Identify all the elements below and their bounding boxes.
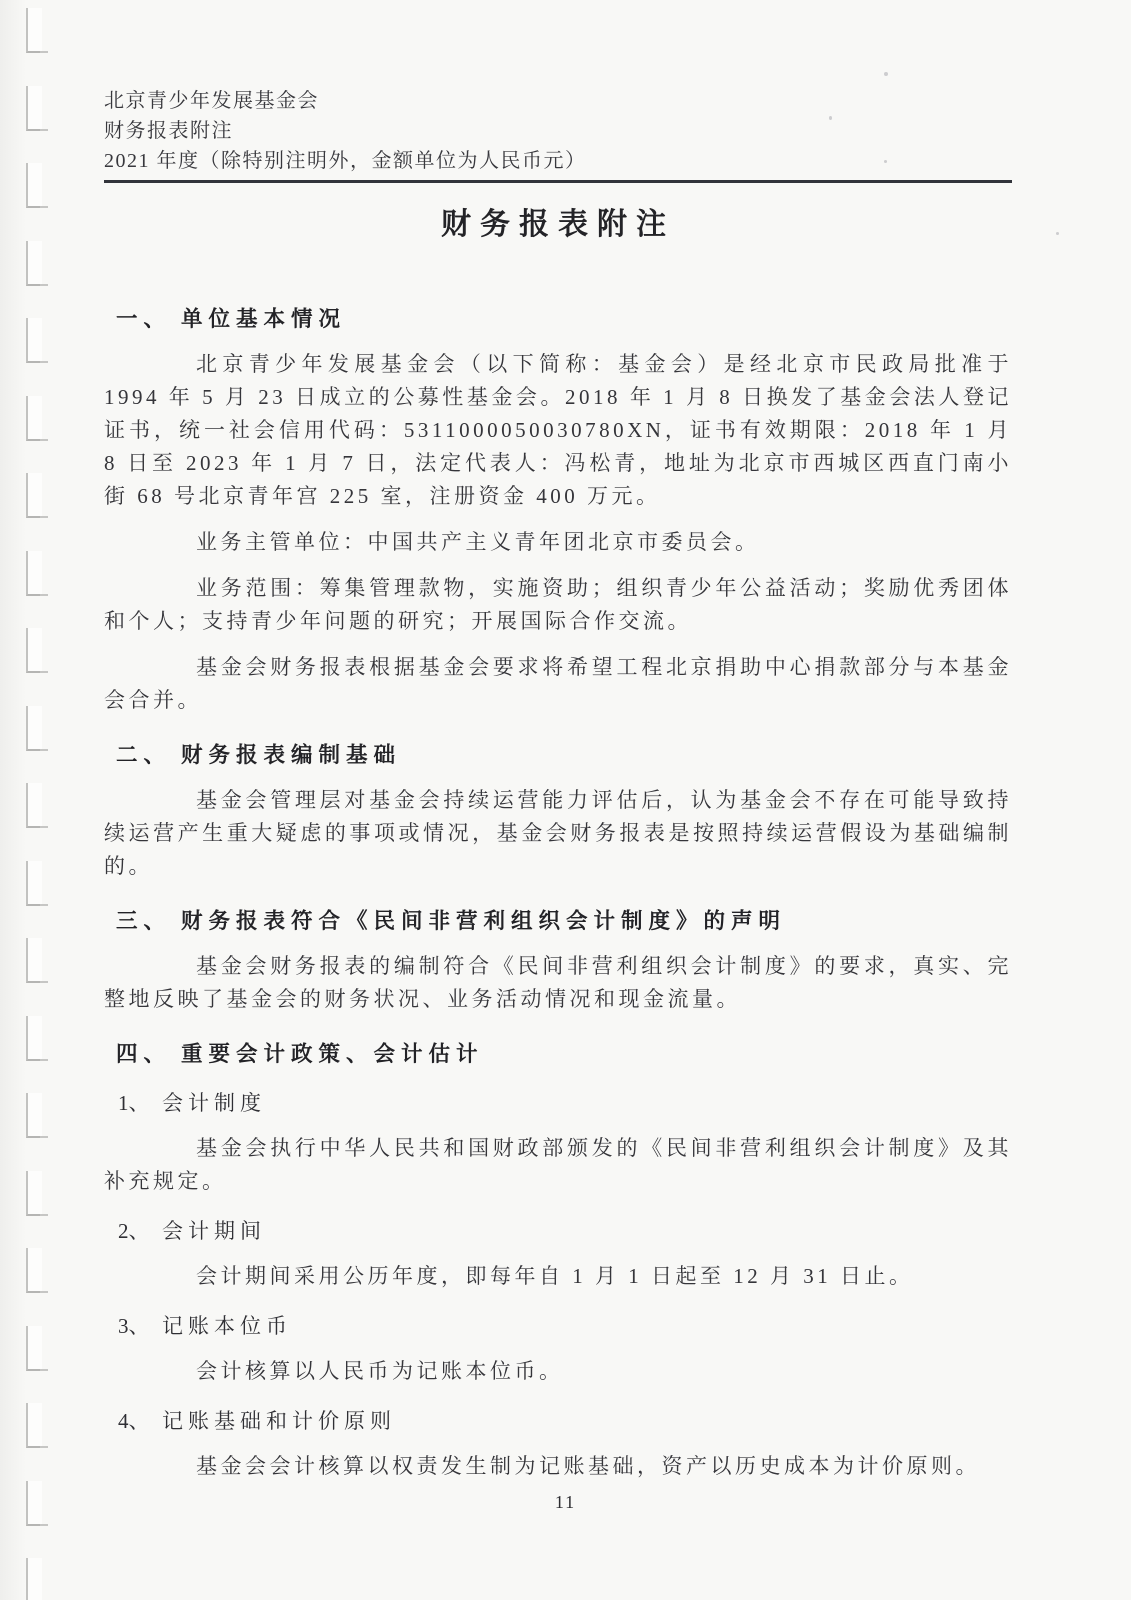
binding-mark (26, 628, 42, 673)
section-1-paragraph-1: 北京青少年发展基金会（以下简称：基金会）是经北京市民政局批准于 1994 年 5… (104, 348, 1012, 513)
section-1-paragraph-2: 业务主管单位：中国共产主义青年团北京市委员会。 (104, 526, 1012, 559)
binding-mark (26, 86, 42, 131)
item-1-title: 会计制度 (162, 1087, 266, 1119)
header-period-note: 2021 年度（除特别注明外，金额单位为人民币元） (104, 146, 1012, 176)
item-4-title: 记账基础和计价原则 (162, 1405, 396, 1437)
item-3-number: 3、 (118, 1310, 162, 1342)
section-1-heading: 一、单位基本情况 (104, 303, 1012, 335)
binding-mark (26, 8, 42, 53)
item-4-number: 4、 (118, 1405, 162, 1437)
binding-mark (26, 938, 42, 983)
page-content: 北京青少年发展基金会 财务报表附注 2021 年度（除特别注明外，金额单位为人民… (104, 0, 1012, 1483)
scan-speck (1056, 232, 1059, 235)
section-1-paragraph-3: 业务范围：筹集管理款物，实施资助；组织青少年公益活动；奖励优秀团体和个人；支持青… (104, 572, 1012, 638)
section-2-paragraph-1: 基金会管理层对基金会持续运营能力评估后，认为基金会不存在可能导致持续运营产生重大… (104, 784, 1012, 883)
binding-mark (26, 473, 42, 518)
binding-mark (26, 1171, 42, 1216)
section-4-heading: 四、重要会计政策、会计估计 (104, 1038, 1012, 1070)
binding-mark (26, 1248, 42, 1293)
item-4-paragraph: 基金会会计核算以权责发生制为记账基础，资产以历史成本为计价原则。 (104, 1450, 1012, 1483)
item-2-paragraph: 会计期间采用公历年度，即每年自 1 月 1 日起至 12 月 31 日止。 (104, 1260, 1012, 1293)
binding-mark (26, 1093, 42, 1138)
section-4-title: 重要会计政策、会计估计 (181, 1042, 484, 1066)
binding-mark (26, 1326, 42, 1371)
page-header: 北京青少年发展基金会 财务报表附注 2021 年度（除特别注明外，金额单位为人民… (104, 86, 1012, 183)
binding-mark (26, 861, 42, 906)
section-4-number: 四、 (116, 1042, 171, 1066)
item-1-number: 1、 (118, 1087, 162, 1119)
binding-mark (26, 396, 42, 441)
section-3-heading: 三、财务报表符合《民间非营利组织会计制度》的声明 (104, 905, 1012, 937)
section-1-number: 一、 (116, 307, 171, 331)
section-2-number: 二、 (116, 743, 171, 767)
section-2-heading: 二、财务报表编制基础 (104, 739, 1012, 771)
binding-mark (26, 783, 42, 828)
section-3-title: 财务报表符合《民间非营利组织会计制度》的声明 (181, 909, 786, 933)
binding-mark (26, 706, 42, 751)
binding-mark (26, 1403, 42, 1448)
section-2-title: 财务报表编制基础 (181, 743, 401, 767)
binding-mark (26, 163, 42, 208)
item-1-paragraph: 基金会执行中华人民共和国财政部颁发的《民间非营利组织会计制度》及其补充规定。 (104, 1132, 1012, 1198)
item-4-heading: 4、记账基础和计价原则 (104, 1405, 1012, 1437)
page-number: 11 (0, 1492, 1131, 1513)
item-3-heading: 3、记账本位币 (104, 1310, 1012, 1342)
header-doc-type: 财务报表附注 (104, 116, 1012, 146)
section-3-number: 三、 (116, 909, 171, 933)
item-2-heading: 2、会计期间 (104, 1215, 1012, 1247)
binding-mark (26, 1016, 42, 1061)
header-org-name: 北京青少年发展基金会 (104, 86, 1012, 116)
binding-marks (0, 0, 60, 1600)
item-3-title: 记账本位币 (162, 1310, 292, 1342)
binding-mark (26, 241, 42, 286)
document-page: 北京青少年发展基金会 财务报表附注 2021 年度（除特别注明外，金额单位为人民… (0, 0, 1131, 1600)
item-3-paragraph: 会计核算以人民币为记账本位币。 (104, 1355, 1012, 1388)
binding-mark (26, 318, 42, 363)
item-2-title: 会计期间 (162, 1215, 266, 1247)
binding-mark (26, 1558, 42, 1600)
binding-mark (26, 551, 42, 596)
item-2-number: 2、 (118, 1215, 162, 1247)
section-3-paragraph-1: 基金会财务报表的编制符合《民间非营利组织会计制度》的要求，真实、完整地反映了基金… (104, 950, 1012, 1016)
section-1-paragraph-4: 基金会财务报表根据基金会要求将希望工程北京捐助中心捐款部分与本基金会合并。 (104, 651, 1012, 717)
section-1-title: 单位基本情况 (181, 307, 346, 331)
item-1-heading: 1、会计制度 (104, 1087, 1012, 1119)
page-title: 财务报表附注 (104, 205, 1012, 245)
